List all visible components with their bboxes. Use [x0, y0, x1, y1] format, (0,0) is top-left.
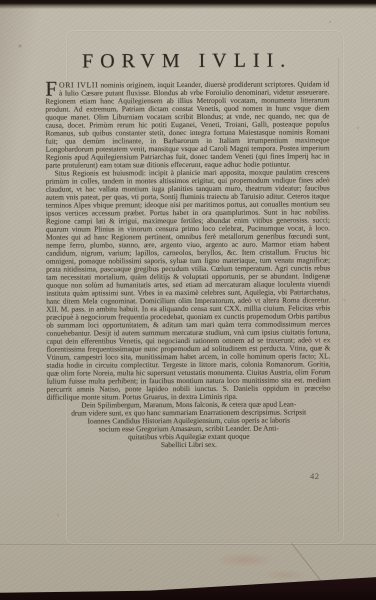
paragraph-first: FORI IVLII nominis originem, inquit Lean… — [45, 80, 329, 169]
taper-line: Sabellici Libri sex. — [47, 440, 331, 449]
horizontal-crease — [0, 544, 376, 545]
book-page-photo: FORVM IVLII. FORI IVLII nominis originem… — [0, 0, 376, 600]
text-block: FORVM IVLII. FORI IVLII nominis originem… — [45, 49, 331, 449]
photo-edge-top — [0, 0, 376, 9]
photo-edge-bottom — [0, 574, 376, 600]
vertical-crease — [338, 58, 340, 532]
paragraph-second: Situs Regionis est huiusmodi: incipit à … — [46, 168, 331, 401]
page-number: 42 — [310, 471, 320, 481]
drop-cap-initial: F — [45, 82, 59, 97]
paragraph-first-text: nominis originem, inquit Leander, diuers… — [45, 79, 329, 169]
colophon-taper: Dein Spilimbergum, Maranum, Mons falconi… — [47, 400, 331, 449]
page-title: FORVM IVLII. — [45, 49, 329, 73]
